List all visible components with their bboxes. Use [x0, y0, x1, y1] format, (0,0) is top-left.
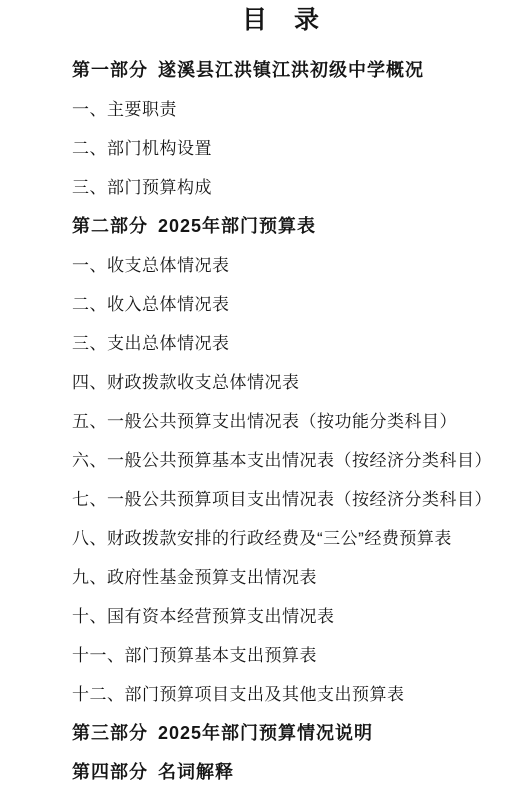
- toc-item: 一、收支总体情况表: [72, 246, 524, 285]
- toc-item: 五、一般公共预算支出情况表（按功能分类科目）: [72, 402, 524, 441]
- page-title: 目 录: [0, 5, 524, 35]
- toc-item: 七、一般公共预算项目支出情况表（按经济分类科目）: [72, 480, 524, 519]
- document-page: 目 录 第一部分 遂溪县江洪镇江洪初级中学概况一、主要职责二、部门机构设置三、部…: [0, 0, 524, 801]
- toc-section-heading: 第三部分 2025年部门预算情况说明: [72, 714, 524, 753]
- toc-section-heading: 第四部分 名词解释: [72, 753, 524, 792]
- toc-item: 十、国有资本经营预算支出情况表: [72, 597, 524, 636]
- toc-item: 九、政府性基金预算支出情况表: [72, 558, 524, 597]
- toc-item: 六、一般公共预算基本支出情况表（按经济分类科目）: [72, 441, 524, 480]
- toc-item: 一、主要职责: [72, 90, 524, 129]
- toc-item: 三、部门预算构成: [72, 168, 524, 207]
- toc-item: 八、财政拨款安排的行政经费及“三公”经费预算表: [72, 519, 524, 558]
- toc-item: 十一、部门预算基本支出预算表: [72, 636, 524, 675]
- toc-section-heading: 第一部分 遂溪县江洪镇江洪初级中学概况: [72, 51, 524, 90]
- toc-item: 二、部门机构设置: [72, 129, 524, 168]
- table-of-contents: 第一部分 遂溪县江洪镇江洪初级中学概况一、主要职责二、部门机构设置三、部门预算构…: [0, 51, 524, 792]
- toc-section-heading: 第二部分 2025年部门预算表: [72, 207, 524, 246]
- toc-item: 三、支出总体情况表: [72, 324, 524, 363]
- toc-item: 二、收入总体情况表: [72, 285, 524, 324]
- toc-item: 十二、部门预算项目支出及其他支出预算表: [72, 675, 524, 714]
- toc-item: 四、财政拨款收支总体情况表: [72, 363, 524, 402]
